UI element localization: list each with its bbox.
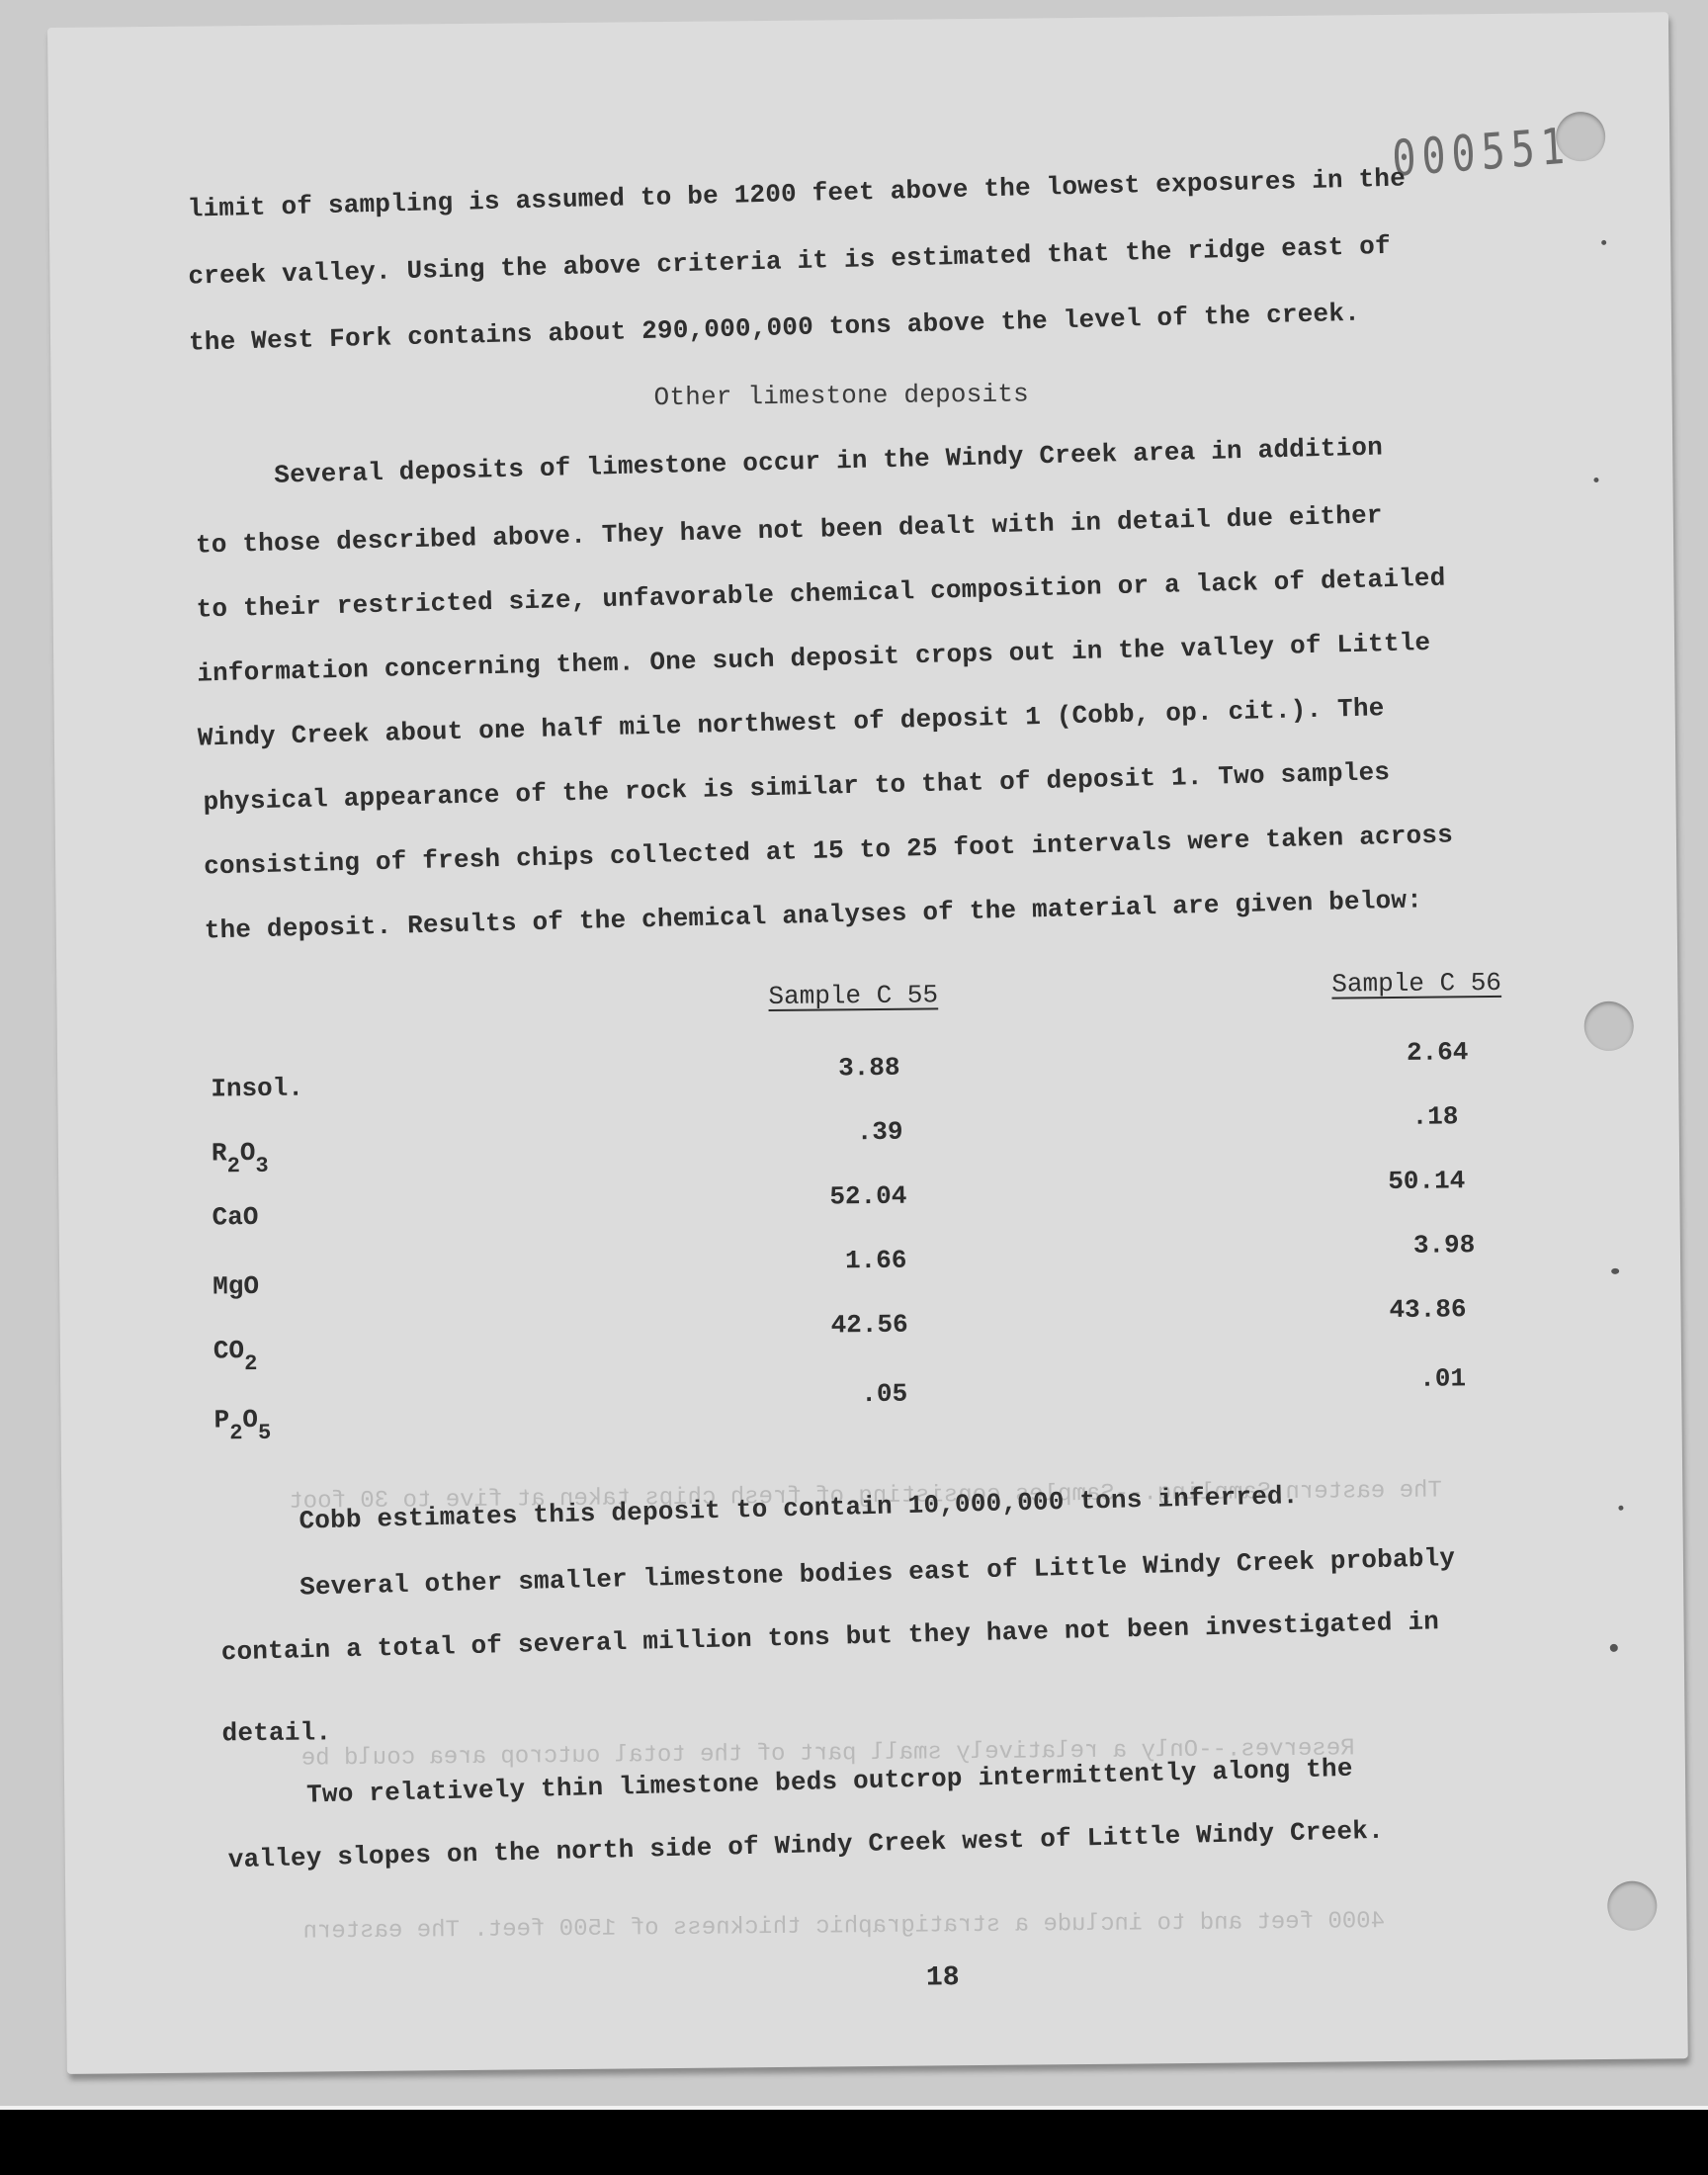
page-number: 18 xyxy=(926,1962,960,1993)
ink-speck xyxy=(1601,240,1606,245)
value-c55: .05 xyxy=(861,1379,907,1409)
body-text-line: to their restricted size, unfavorable ch… xyxy=(196,564,1446,625)
value-c56: 3.98 xyxy=(1413,1230,1476,1261)
archive-stamp-number: 000551 xyxy=(1391,118,1572,188)
body-text-line: Several other smaller limestone bodies e… xyxy=(299,1543,1456,1603)
body-text-line: to those described above. They have not … xyxy=(196,500,1383,560)
column-header-sample-c56: Sample C 56 xyxy=(1331,968,1501,1000)
body-text-line: Several deposits of limestone occur in t… xyxy=(274,432,1383,489)
punch-hole-middle xyxy=(1584,1001,1634,1051)
section-heading: Other limestone deposits xyxy=(653,379,1029,412)
row-label-insol: Insol. xyxy=(211,1074,303,1104)
body-text-line: the West Fork contains about 290,000,000… xyxy=(189,299,1361,358)
body-text-line: physical appearance of the rock is simil… xyxy=(203,757,1390,817)
scanner-bottom-band xyxy=(0,2106,1708,2175)
body-text-line: the deposit. Results of the chemical ana… xyxy=(204,885,1422,945)
bleed-through-text: 4000 feet and to include a stratigraphic… xyxy=(302,1908,1385,1946)
ink-speck xyxy=(1618,1506,1623,1511)
value-c56: .18 xyxy=(1411,1101,1458,1131)
row-label-r2o3: R2O3 xyxy=(212,1138,269,1179)
ink-speck xyxy=(1593,478,1598,482)
punch-hole-bottom xyxy=(1607,1880,1657,1930)
value-c55: .39 xyxy=(857,1117,903,1147)
body-text-line: limit of sampling is assumed to be 1200 … xyxy=(187,163,1406,223)
value-c56: 2.64 xyxy=(1407,1037,1469,1068)
value-c55: 3.88 xyxy=(838,1053,900,1084)
value-c55: 1.66 xyxy=(845,1246,907,1276)
column-header-sample-c55: Sample C 55 xyxy=(768,980,938,1011)
body-text-line: consisting of fresh chips collected at 1… xyxy=(204,821,1454,882)
body-text-line: Windy Creek about one half mile northwes… xyxy=(198,693,1385,752)
value-c55: 52.04 xyxy=(829,1181,906,1212)
value-c56: .01 xyxy=(1419,1363,1466,1393)
row-label-co2: CO2 xyxy=(213,1336,258,1376)
document-page: The eastern Sampling.--Samples consistin… xyxy=(47,12,1688,2074)
row-label-mgo: MgO xyxy=(213,1271,259,1301)
value-c56: 50.14 xyxy=(1388,1166,1465,1196)
row-label-cao: CaO xyxy=(212,1202,258,1232)
body-text-line: valley slopes on the north side of Windy… xyxy=(227,1816,1384,1875)
body-text-line: information concerning them. One such de… xyxy=(197,628,1431,689)
ink-speck xyxy=(1611,1268,1619,1274)
row-label-p2o5: P2O5 xyxy=(213,1405,271,1446)
value-c56: 43.86 xyxy=(1389,1294,1466,1325)
body-text-line: detail. xyxy=(221,1717,331,1748)
body-text-line: contain a total of several million tons … xyxy=(220,1607,1439,1667)
ink-speck xyxy=(1610,1644,1618,1652)
value-c55: 42.56 xyxy=(830,1310,907,1341)
body-text-line: creek valley. Using the above criteria i… xyxy=(188,231,1391,292)
